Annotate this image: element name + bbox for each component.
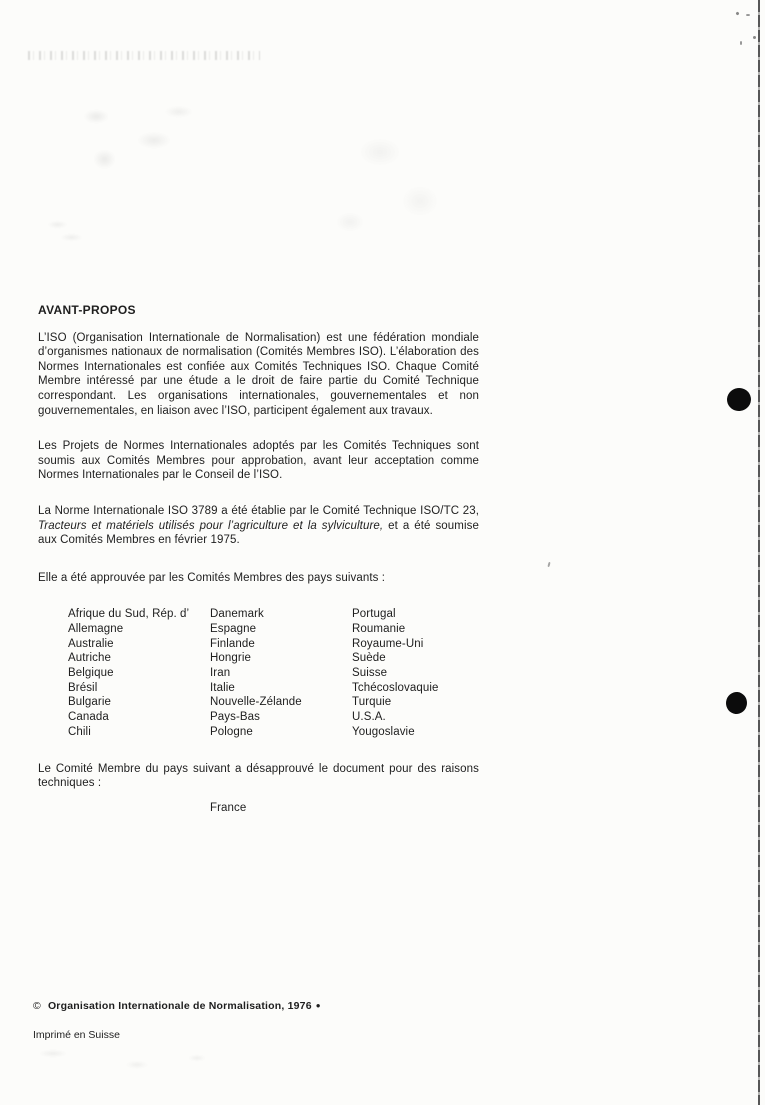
country-item: Roumanie xyxy=(352,622,479,637)
country-item: Canada xyxy=(68,710,210,725)
scan-speck xyxy=(746,14,750,16)
scan-smudge xyxy=(28,51,260,60)
scan-speck xyxy=(547,562,550,567)
disapproving-country: France xyxy=(210,801,479,816)
scan-speck xyxy=(740,41,742,45)
bullet-icon: ● xyxy=(316,1001,321,1010)
paragraph-standard-origin-prefix: La Norme Internationale ISO 3789 a été é… xyxy=(38,505,479,517)
country-item: Royaume-Uni xyxy=(352,637,479,652)
printed-in-line: Imprimé en Suisse xyxy=(33,1029,120,1041)
countries-column-2: Danemark Espagne Finlande Hongrie Iran I… xyxy=(210,607,352,739)
countries-column-3: Portugal Roumanie Royaume-Uni Suède Suis… xyxy=(352,607,479,739)
disapproval-line: Le Comité Membre du pays suivant a désap… xyxy=(38,762,479,791)
country-item: Autriche xyxy=(68,651,210,666)
scan-smudge xyxy=(5,1040,245,1085)
country-item: Bulgarie xyxy=(68,695,210,710)
scan-smudge xyxy=(55,88,220,183)
copyright-icon: © xyxy=(33,1000,41,1012)
registration-ink-dot xyxy=(725,691,748,715)
scan-smudge xyxy=(33,215,103,247)
country-item: Italie xyxy=(210,681,352,696)
country-item: Tchécoslovaquie xyxy=(352,681,479,696)
country-item: Danemark xyxy=(210,607,352,622)
text-column: AVANT-PROPOS L’ISO (Organisation Interna… xyxy=(38,303,479,815)
country-item: Espagne xyxy=(210,622,352,637)
approval-intro-line: Elle a été approuvée par les Comités Mem… xyxy=(38,571,479,586)
copyright-line: ©Organisation Internationale de Normalis… xyxy=(33,1000,321,1012)
country-item: Chili xyxy=(68,725,210,740)
page-title: AVANT-PROPOS xyxy=(38,303,479,318)
scan-speck xyxy=(735,11,739,15)
country-item: Allemagne xyxy=(68,622,210,637)
scan-edge-line xyxy=(758,0,760,1105)
country-item: Portugal xyxy=(352,607,479,622)
country-item: Turquie xyxy=(352,695,479,710)
document-page: AVANT-PROPOS L’ISO (Organisation Interna… xyxy=(0,0,765,1105)
country-item: Nouvelle-Zélande xyxy=(210,695,352,710)
approving-countries-list: Afrique du Sud, Rép. d’ Allemagne Austra… xyxy=(68,607,479,739)
scan-speck xyxy=(753,36,756,39)
country-item: U.S.A. xyxy=(352,710,479,725)
paragraph-standard-origin: La Norme Internationale ISO 3789 a été é… xyxy=(38,504,479,548)
countries-column-1: Afrique du Sud, Rép. d’ Allemagne Austra… xyxy=(68,607,210,739)
country-item: Iran xyxy=(210,666,352,681)
standard-title-italic: Tracteurs et matériels utilisés pour l’a… xyxy=(38,520,383,532)
country-item: Afrique du Sud, Rép. d’ xyxy=(68,607,210,622)
country-item: Brésil xyxy=(68,681,210,696)
paragraph-draft-standards: Les Projets de Normes Internationales ad… xyxy=(38,439,479,483)
country-item: Belgique xyxy=(68,666,210,681)
country-item: Yougoslavie xyxy=(352,725,479,740)
copyright-text: Organisation Internationale de Normalisa… xyxy=(48,1000,312,1012)
country-item: Pays-Bas xyxy=(210,710,352,725)
country-item: Hongrie xyxy=(210,651,352,666)
paragraph-iso-intro: L’ISO (Organisation Internationale de No… xyxy=(38,331,479,419)
registration-ink-dot xyxy=(726,386,753,412)
country-item: Suède xyxy=(352,651,479,666)
country-item: Pologne xyxy=(210,725,352,740)
country-item: Australie xyxy=(68,637,210,652)
scan-smudge xyxy=(300,110,500,250)
country-item: Finlande xyxy=(210,637,352,652)
country-item: Suisse xyxy=(352,666,479,681)
